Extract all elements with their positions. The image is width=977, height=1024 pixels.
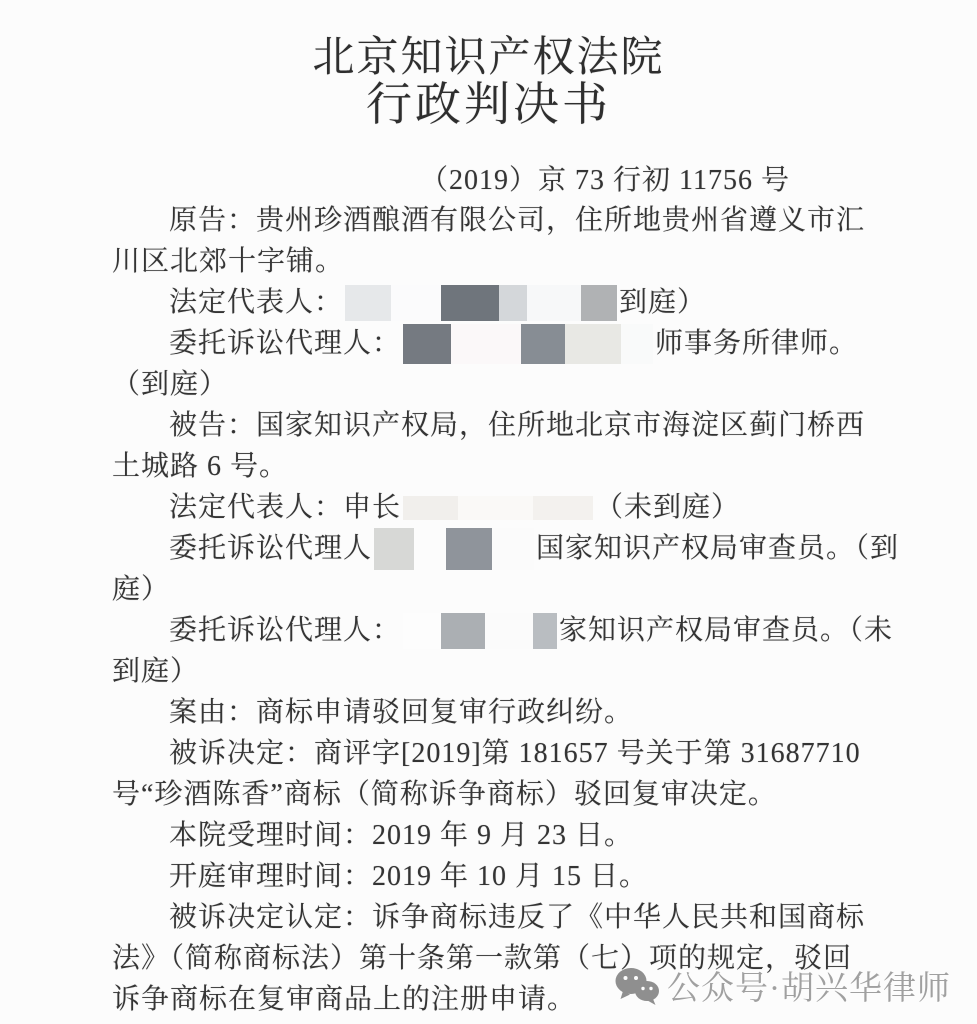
document-line: 被告：国家知识产权局，住所地北京市海淀区蓟门桥西 <box>112 405 912 446</box>
document-text: 诉争商标在复审商品上的注册申请。 <box>112 984 576 1015</box>
watermark-text: 公众号·胡兴华律师 <box>667 962 951 1009</box>
watermark: 公众号·胡兴华律师 <box>614 962 951 1009</box>
document-text: 被告：国家知识产权局，住所地北京市海淀区蓟门桥西 <box>169 410 865 441</box>
wechat-icon <box>614 966 660 1006</box>
document-type-title: 行政判决书 <box>0 68 977 134</box>
document-text: 号“珍酒陈香”商标（简称诉争商标）驳回复审决定。 <box>112 779 777 810</box>
document-text: 到庭） <box>619 287 706 318</box>
document-text: 法定代表人： <box>169 287 343 318</box>
redaction-block <box>403 613 441 649</box>
document-text: 被诉决定认定：诉争商标违反了《中华人民共和国商标 <box>169 902 865 933</box>
document-text: 到庭） <box>112 656 199 687</box>
document-text: 国家知识产权局审查员。（到 <box>536 533 899 564</box>
document-line: 法定代表人：申长（未到庭） <box>112 487 912 528</box>
document-line: 土城路 6 号。 <box>112 446 912 487</box>
redaction-block <box>581 285 617 321</box>
document-line: （到庭） <box>112 364 912 405</box>
document-text: 案由：商标申请驳回复审行政纠纷。 <box>169 697 633 728</box>
redaction-block <box>403 324 451 364</box>
redaction-block <box>521 324 565 364</box>
document-text: 本院受理时间：2019 年 9 月 23 日。 <box>169 820 633 851</box>
document-line: 案由：商标申请驳回复审行政纠纷。 <box>112 692 912 733</box>
redaction-block <box>565 324 621 364</box>
document-line: 原告：贵州珍酒酿酒有限公司，住所地贵州省遵义市汇 <box>112 200 912 241</box>
document-line: 开庭审理时间：2019 年 10 月 15 日。 <box>112 856 912 897</box>
document-line: 委托诉讼代理人：家知识产权局审查员。（未 <box>112 610 912 651</box>
document-line: 被诉决定：商评字[2019]第 181657 号关于第 31687710 <box>112 733 912 774</box>
document-text: 开庭审理时间：2019 年 10 月 15 日。 <box>169 861 648 892</box>
redaction-block <box>533 496 593 520</box>
document-line: 委托诉讼代理人：师事务所律师。 <box>112 323 912 364</box>
document-text: 原告：贵州珍酒酿酒有限公司，住所地贵州省遵义市汇 <box>169 205 865 236</box>
redaction-block <box>533 613 557 649</box>
redaction-mosaic <box>403 324 653 364</box>
document-text: 被诉决定：商评字[2019]第 181657 号关于第 31687710 <box>169 738 861 769</box>
document-text: 法定代表人：申长 <box>169 492 401 523</box>
document-line: 委托诉讼代理人国家知识产权局审查员。（到 <box>112 528 912 569</box>
document-text: 委托诉讼代理人： <box>169 328 401 359</box>
redaction-block <box>403 496 458 520</box>
redaction-mosaic <box>403 613 557 649</box>
document-line: 庭） <box>112 569 912 610</box>
redaction-block <box>499 285 527 321</box>
document-body: 原告：贵州珍酒酿酒有限公司，住所地贵州省遵义市汇川区北郊十字铺。法定代表人：到庭… <box>112 200 912 1020</box>
document-text: 川区北郊十字铺。 <box>112 246 344 277</box>
document-text: 土城路 6 号。 <box>112 451 288 482</box>
document-text: 家知识产权局审查员。（未 <box>559 615 893 646</box>
redaction-block <box>485 613 533 649</box>
redaction-block <box>527 285 581 321</box>
document-line: 川区北郊十字铺。 <box>112 241 912 282</box>
document-line: 本院受理时间：2019 年 9 月 23 日。 <box>112 815 912 856</box>
redaction-block <box>441 285 499 321</box>
document-text: 委托诉讼代理人： <box>169 615 401 646</box>
document-text: 师事务所律师。 <box>655 328 858 359</box>
document-line: 号“珍酒陈香”商标（简称诉争商标）驳回复审决定。 <box>112 774 912 815</box>
redaction-block <box>374 528 414 570</box>
document-text: 委托诉讼代理人 <box>169 533 372 564</box>
redaction-block <box>391 285 441 321</box>
document-line: 到庭） <box>112 651 912 692</box>
redaction-block <box>345 285 391 321</box>
redaction-mosaic <box>374 528 534 570</box>
redaction-block <box>441 613 485 649</box>
scanned-court-judgment-page: 北京知识产权法院 行政判决书 （2019）京 73 行初 11756 号 原告：… <box>0 0 977 1024</box>
case-number: （2019）京 73 行初 11756 号 <box>0 158 977 198</box>
redaction-block <box>451 324 521 364</box>
redaction-block <box>414 528 446 570</box>
document-line: 法定代表人：到庭） <box>112 282 912 323</box>
redaction-mosaic <box>403 496 593 520</box>
document-text: 庭） <box>112 574 170 605</box>
document-text: （未到庭） <box>595 492 740 523</box>
document-text: （到庭） <box>112 369 228 400</box>
redaction-mosaic <box>345 285 617 321</box>
redaction-block <box>621 324 653 364</box>
redaction-block <box>458 496 533 520</box>
redaction-block <box>446 528 492 570</box>
document-line: 被诉决定认定：诉争商标违反了《中华人民共和国商标 <box>112 897 912 938</box>
redaction-block <box>492 528 534 570</box>
